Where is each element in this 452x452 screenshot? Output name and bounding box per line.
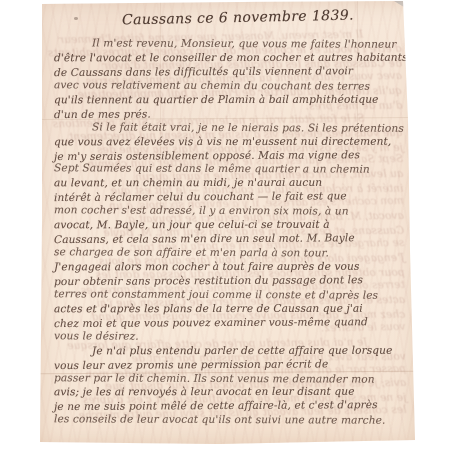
ink-speck <box>74 17 78 20</box>
letter-line: Il m'est revenu, Monsieur, que vous me f… <box>54 37 404 52</box>
letter-line: mon cocher s'est adressé, il y a environ… <box>54 204 404 219</box>
letter-line: d'un de mes prés. <box>54 107 404 123</box>
letter-line: qu'ils tiennent au quartier de Plamin à … <box>54 93 404 108</box>
folded-corner <box>394 1 412 16</box>
letter-line: avocat, M. Bayle, un jour que celui-ci s… <box>54 219 404 234</box>
letter-paper: Il m'est revenu, Monsieur, que vous me f… <box>38 1 418 445</box>
letter-body: Il m'est revenu, Monsieur, que vous me f… <box>54 38 404 428</box>
letter-line: J'engageai alors mon cocher à tout faire… <box>54 261 404 276</box>
letter-line: actes et d'après les plans de la terre d… <box>54 303 404 318</box>
letter-photo: Il m'est revenu, Monsieur, que vous me f… <box>0 0 452 452</box>
letter-line: terres ont constamment joui comme il con… <box>54 288 404 303</box>
letter-line: les conseils de leur avocat qu'ils ont s… <box>54 414 404 429</box>
letter-line: que vous avez élevées vis à vis ne m'eus… <box>54 135 404 150</box>
letter-dateline: Caussans ce 6 novembre 1839. <box>108 7 368 28</box>
letter-line: chez moi et que vous pouvez examiner vou… <box>54 316 404 332</box>
letter-line: se chargea de son affaire et m'en parla … <box>54 246 404 261</box>
letter-line: vous leur avez promis une permission par… <box>54 357 404 373</box>
letter-line: vous le désirez. <box>54 330 404 345</box>
letter-line: Je n'ai plus entendu parler de cette aff… <box>54 344 404 359</box>
letter-line: d'être l'avocat et le conseiller de mon … <box>54 52 404 67</box>
letter-line: Si le fait était vrai, je ne le nierais … <box>54 121 404 136</box>
letter-line: avec vous relativement au chemin du couc… <box>54 79 404 94</box>
